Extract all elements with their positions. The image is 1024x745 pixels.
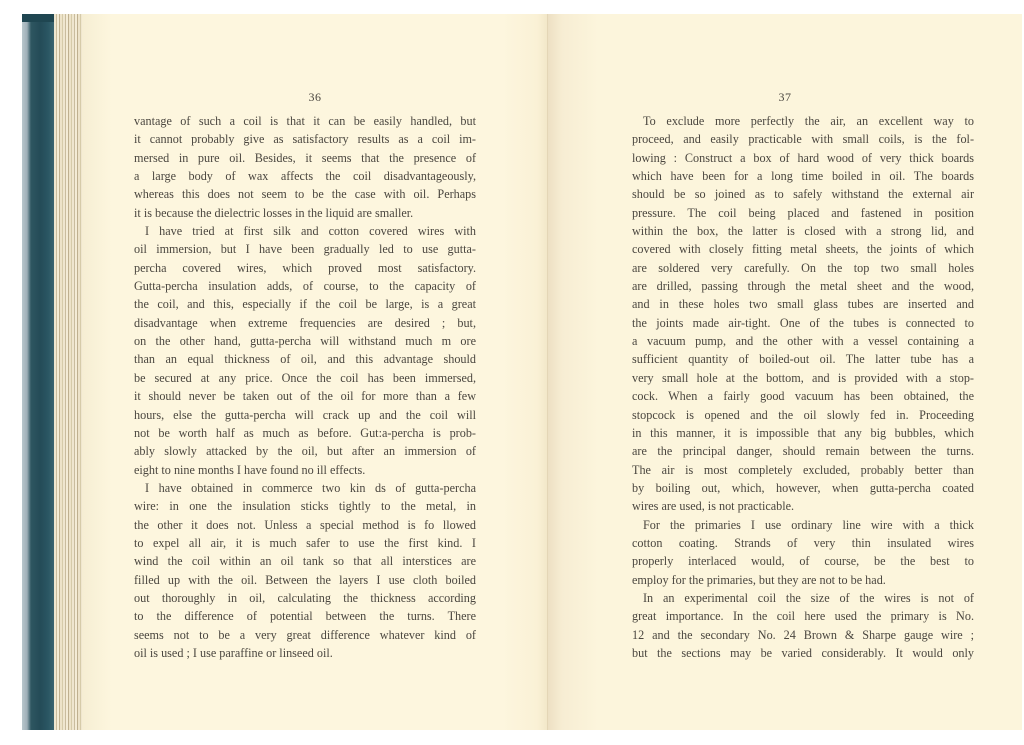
text-line: should be so joined as to safely withsta… [632,185,974,203]
text-line: The air is most completely excluded, pro… [632,461,974,479]
page-body-text: To exclude more perfectly the air, an ex… [632,112,974,662]
text-line: not be worth half as much as before. Gut… [134,424,476,442]
text-line: In an experimental coil the size of the … [632,589,974,607]
text-line: disadvantage when extreme frequencies ar… [134,314,476,332]
text-line: percha covered wires, which proved most … [134,259,476,277]
open-book: 36 vantage of such a coil is that it can… [22,14,1022,730]
text-line: properly interlaced would, of course, be… [632,552,974,570]
text-line: pressure. The coil being placed and fast… [632,204,974,222]
book-cover-edge [22,14,54,730]
text-line: to expel all air, it is much safer to us… [134,534,476,552]
page-edges [54,14,82,730]
text-line: out thoroughly in oil, calculating the t… [134,589,476,607]
page-body-text: vantage of such a coil is that it can be… [134,112,476,662]
text-line: sufficient quantity of boiled-out oil. T… [632,350,974,368]
text-line: wire: in one the insulation sticks tight… [134,497,476,515]
text-line: are drilled, passing through the metal s… [632,277,974,295]
text-line: vantage of such a coil is that it can be… [134,112,476,130]
text-line: seems not to be a very great difference … [134,626,476,644]
text-line: stopcock is opened and the oil slowly fe… [632,406,974,424]
text-line: employ for the primaries, but they are n… [632,571,974,589]
text-line: covered with closely fitting metal sheet… [632,240,974,258]
text-line: ably slowly attacked by the oil, but aft… [134,442,476,460]
text-line: cock. When a fairly good vacuum has been… [632,387,974,405]
book-cover-top [22,14,54,22]
text-line: a vacuum pump, and the other with a vess… [632,332,974,350]
text-line: oil is used ; I use paraffine or linseed… [134,644,476,662]
text-line: 12 and the secondary No. 24 Brown & Shar… [632,626,974,644]
text-line: in this manner, it is impossible that an… [632,424,974,442]
text-line: are soldered very carefully. On the top … [632,259,974,277]
text-line: I have obtained in commerce two kin ds o… [134,479,476,497]
text-line: mersed in pure oil. Besides, it seems th… [134,149,476,167]
text-line: and in these holes two small glass tubes… [632,295,974,313]
page-number: 36 [82,90,548,105]
text-line: whereas this does not seem to be the cas… [134,185,476,203]
text-line: but the sections may be varied considera… [632,644,974,662]
text-line: a large body of wax affects the coil dis… [134,167,476,185]
text-line: which have been for a long time boiled i… [632,167,974,185]
text-line: For the primaries I use ordinary line wi… [632,516,974,534]
text-line: wind the coil within an oil tank so that… [134,552,476,570]
text-line: the joints made air-tight. One of the tu… [632,314,974,332]
text-line: cotton coating. Strands of very thin ins… [632,534,974,552]
text-line: very small hole at the bottom, and is pr… [632,369,974,387]
text-line: To exclude more perfectly the air, an ex… [632,112,974,130]
text-line: filled up with the oil. Between the laye… [134,571,476,589]
text-line: within the box, the latter is closed wit… [632,222,974,240]
text-line: great importance. In the coil here used … [632,607,974,625]
text-line: I have tried at first silk and cotton co… [134,222,476,240]
text-line: the other it does not. Unless a special … [134,516,476,534]
text-line: than an equal thickness of oil, and this… [134,350,476,368]
text-line: be secured at any price. Once the coil h… [134,369,476,387]
left-page: 36 vantage of such a coil is that it can… [82,14,548,730]
text-line: wires are used, is not practicable. [632,497,974,515]
text-line: eight to nine months I have found no ill… [134,461,476,479]
text-line: on the other hand, gutta-percha will wit… [134,332,476,350]
text-line: to the difference of potential between t… [134,607,476,625]
text-line: by boiling out, which, however, when gut… [632,479,974,497]
text-line: the coil, and this, especially if the co… [134,295,476,313]
text-line: oil immersion, but I have been gradually… [134,240,476,258]
text-line: it is because the dielectric losses in t… [134,204,476,222]
text-line: lowing : Construct a box of hard wood of… [632,149,974,167]
page-number: 37 [548,90,1022,105]
text-line: hours, else the gutta-percha will crack … [134,406,476,424]
right-page: 37 To exclude more perfectly the air, an… [548,14,1022,730]
text-line: are the principal danger, should remain … [632,442,974,460]
text-line: Gutta-percha insulation adds, of course,… [134,277,476,295]
text-line: proceed, and easily practicable with sma… [632,130,974,148]
text-line: it should never be taken out of the oil … [134,387,476,405]
text-line: it cannot probably give as satisfactory … [134,130,476,148]
